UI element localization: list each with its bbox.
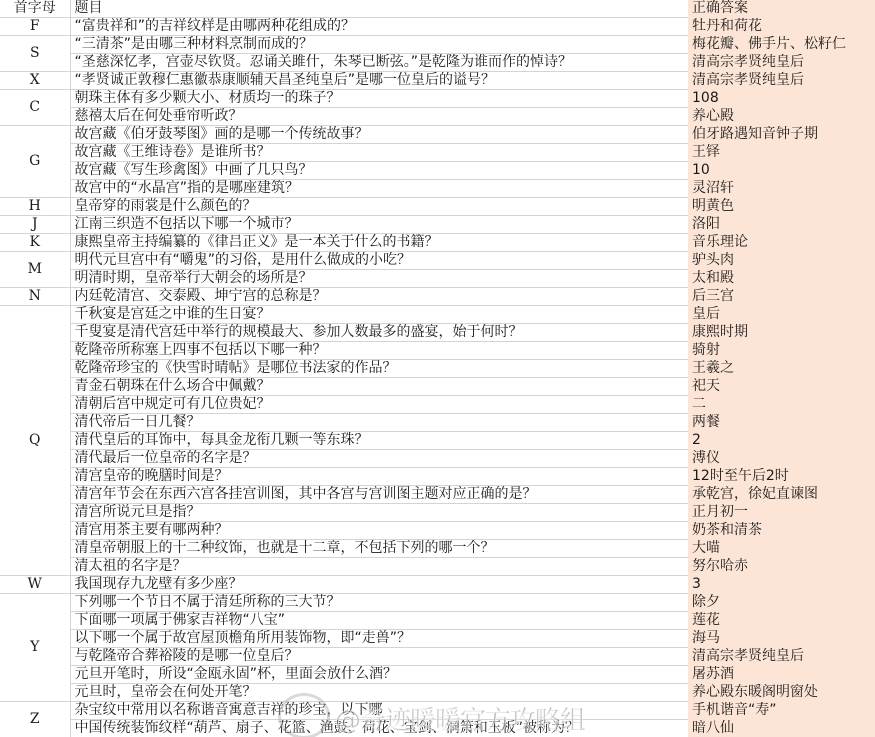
question-cell[interactable]: 千秋宴是宫廷之中谁的生日宴？ bbox=[70, 306, 688, 324]
question-cell[interactable]: 与乾隆帝合葬裕陵的是哪一位皇后？ bbox=[70, 648, 688, 666]
header-answer[interactable]: 正确答案 bbox=[688, 0, 875, 18]
table-row: 元旦时，皇帝会在何处开笔？养心殿东暖阁明窗处 bbox=[0, 684, 875, 702]
table-row: 故宫藏《写生珍禽图》中画了几只鸟？10 bbox=[0, 162, 875, 180]
answer-cell[interactable]: 108 bbox=[688, 90, 875, 108]
question-cell[interactable]: 下面哪一项属于佛家吉祥物“八宝” bbox=[70, 612, 688, 630]
question-cell[interactable]: 清宫所说元旦是指？ bbox=[70, 504, 688, 522]
answer-cell[interactable]: 皇后 bbox=[688, 306, 875, 324]
question-cell[interactable]: 以下哪一个属于故宫屋顶檐角所用装饰物，即“走兽”？ bbox=[70, 630, 688, 648]
question-cell[interactable]: 故宫藏《伯牙鼓琴图》画的是哪一个传统故事？ bbox=[70, 126, 688, 144]
answer-cell[interactable]: 养心殿 bbox=[688, 108, 875, 126]
initial-letter-cell[interactable]: G bbox=[0, 126, 70, 198]
table-row: Q千秋宴是宫廷之中谁的生日宴？皇后 bbox=[0, 306, 875, 324]
table-row: F“富贵祥和”的吉祥纹样是由哪两种花组成的？牡丹和荷花 bbox=[0, 18, 875, 36]
initial-letter-cell[interactable]: F bbox=[0, 18, 70, 36]
question-cell[interactable]: 朝珠主体有多少颗大小、材质均一的珠子？ bbox=[70, 90, 688, 108]
table-row: H皇帝穿的雨裳是什么颜色的？明黄色 bbox=[0, 198, 875, 216]
initial-letter-cell[interactable]: Y bbox=[0, 594, 70, 702]
question-cell[interactable]: 明清时期，皇帝举行大朝会的场所是？ bbox=[70, 270, 688, 288]
question-cell[interactable]: 慈禧太后在何处垂帘听政？ bbox=[70, 108, 688, 126]
sheet-body: 首字母 题目 正确答案 F“富贵祥和”的吉祥纹样是由哪两种花组成的？牡丹和荷花S… bbox=[0, 0, 875, 737]
table-row: 清太祖的名字是？努尔哈赤 bbox=[0, 558, 875, 576]
question-cell[interactable]: 清宫年节会在东西六宫各挂宫训图，其中各宫与宫训图主题对应正确的是？ bbox=[70, 486, 688, 504]
answer-cell[interactable]: 灵沼轩 bbox=[688, 180, 875, 198]
question-cell[interactable]: 明代元旦宫中有“嚼鬼”的习俗，是用什么做成的小吃？ bbox=[70, 252, 688, 270]
answer-cell[interactable]: 二 bbox=[688, 396, 875, 414]
table-row: 清朝后宫中规定可有几位贵妃？二 bbox=[0, 396, 875, 414]
table-row: X“孝贤诚正敦穆仁惠徽恭康顺辅天昌圣纯皇后”是哪一位皇后的谥号？清高宗孝贤纯皇后 bbox=[0, 72, 875, 90]
question-cell[interactable]: 清皇帝朝服上的十二种纹饰，也就是十二章，不包括下列的哪一个？ bbox=[70, 540, 688, 558]
table-row: 清宫所说元旦是指？正月初一 bbox=[0, 504, 875, 522]
question-cell[interactable]: 乾隆帝珍宝的《快雪时晴帖》是哪位书法家的作品？ bbox=[70, 360, 688, 378]
initial-letter-cell[interactable]: H bbox=[0, 198, 70, 216]
initial-letter-cell[interactable]: M bbox=[0, 252, 70, 288]
answer-cell[interactable]: 祀天 bbox=[688, 378, 875, 396]
table-row: S“三清茶”是由哪三种材料烹制而成的？梅花瓣、佛手片、松籽仁 bbox=[0, 36, 875, 54]
initial-letter-cell[interactable]: S bbox=[0, 36, 70, 72]
question-cell[interactable]: 千叟宴是清代宫廷中举行的规模最大、参加人数最多的盛宴，始于何时？ bbox=[70, 324, 688, 342]
answer-cell[interactable]: 牡丹和荷花 bbox=[688, 18, 875, 36]
answer-cell[interactable]: 太和殿 bbox=[688, 270, 875, 288]
answer-cell[interactable]: 清高宗孝贤纯皇后 bbox=[688, 72, 875, 90]
question-cell[interactable]: 元旦开笔时，所设“金瓯永固”杯，里面会放什么酒？ bbox=[70, 666, 688, 684]
table-row: 以下哪一个属于故宫屋顶檐角所用装饰物，即“走兽”？海马 bbox=[0, 630, 875, 648]
question-cell[interactable]: 江南三织造不包括以下哪一个城市？ bbox=[70, 216, 688, 234]
header-question[interactable]: 题目 bbox=[70, 0, 688, 18]
answer-cell[interactable]: 音乐理论 bbox=[688, 234, 875, 252]
answer-cell[interactable]: 明黄色 bbox=[688, 198, 875, 216]
question-cell[interactable]: 内廷乾清宫、交泰殿、坤宁宫的总称是？ bbox=[70, 288, 688, 306]
table-row: 故宫中的“水晶宫”指的是哪座建筑？灵沼轩 bbox=[0, 180, 875, 198]
table-row: 与乾隆帝合葬裕陵的是哪一位皇后？清高宗孝贤纯皇后 bbox=[0, 648, 875, 666]
answer-cell[interactable]: 清高宗孝贤纯皇后 bbox=[688, 648, 875, 666]
initial-letter-cell[interactable]: J bbox=[0, 216, 70, 234]
question-cell[interactable]: 乾隆帝所称塞上四事不包括以下哪一种？ bbox=[70, 342, 688, 360]
header-row: 首字母 题目 正确答案 bbox=[0, 0, 875, 18]
question-cell[interactable]: “三清茶”是由哪三种材料烹制而成的？ bbox=[70, 36, 688, 54]
initial-letter-cell[interactable]: K bbox=[0, 234, 70, 252]
table-row: C朝珠主体有多少颗大小、材质均一的珠子？108 bbox=[0, 90, 875, 108]
question-cell[interactable]: “富贵祥和”的吉祥纹样是由哪两种花组成的？ bbox=[70, 18, 688, 36]
question-cell[interactable]: 中国传统装饰纹样“葫芦、扇子、花篮、渔鼓、荷花、宝剑、洞箫和玉板”被称为？ bbox=[70, 720, 688, 737]
initial-letter-cell[interactable]: Z bbox=[0, 702, 70, 737]
answer-cell[interactable]: 手机谐音“寿” bbox=[688, 702, 875, 720]
question-cell[interactable]: 清代帝后一日几餐？ bbox=[70, 414, 688, 432]
initial-letter-cell[interactable]: N bbox=[0, 288, 70, 306]
answer-cell[interactable]: 溥仪 bbox=[688, 450, 875, 468]
answer-cell[interactable]: 12时至午后2时 bbox=[688, 468, 875, 486]
table-row: “圣慈深忆孝，宫壶尽钦贤。忍诵关雎什，朱琴已断弦。”是乾隆为谁而作的悼诗？清高宗… bbox=[0, 54, 875, 72]
answer-cell[interactable]: 正月初一 bbox=[688, 504, 875, 522]
answer-cell[interactable]: 梅花瓣、佛手片、松籽仁 bbox=[688, 36, 875, 54]
table-row: 青金石朝珠在什么场合中佩戴？祀天 bbox=[0, 378, 875, 396]
quiz-answer-sheet: 首字母 题目 正确答案 F“富贵祥和”的吉祥纹样是由哪两种花组成的？牡丹和荷花S… bbox=[0, 0, 875, 737]
answer-cell[interactable]: 驴头肉 bbox=[688, 252, 875, 270]
table-row: G故宫藏《伯牙鼓琴图》画的是哪一个传统故事？伯牙路遇知音钟子期 bbox=[0, 126, 875, 144]
question-cell[interactable]: 元旦时，皇帝会在何处开笔？ bbox=[70, 684, 688, 702]
answer-cell[interactable]: 骑射 bbox=[688, 342, 875, 360]
answer-cell[interactable]: 王铎 bbox=[688, 144, 875, 162]
question-cell[interactable]: “圣慈深忆孝，宫壶尽钦贤。忍诵关雎什，朱琴已断弦。”是乾隆为谁而作的悼诗？ bbox=[70, 54, 688, 72]
answer-cell[interactable]: 暗八仙 bbox=[688, 720, 875, 737]
answer-cell[interactable]: 洛阳 bbox=[688, 216, 875, 234]
question-cell[interactable]: 清宫皇帝的晚膳时间是？ bbox=[70, 468, 688, 486]
table-row: K康熙皇帝主持编纂的《律吕正义》是一本关于什么的书籍？音乐理论 bbox=[0, 234, 875, 252]
table-row: 清代最后一位皇帝的名字是？溥仪 bbox=[0, 450, 875, 468]
table-row: 故宫藏《王维诗卷》是谁所书？王铎 bbox=[0, 144, 875, 162]
table-row: 清皇帝朝服上的十二种纹饰，也就是十二章，不包括下列的哪一个？大喵 bbox=[0, 540, 875, 558]
question-cell[interactable]: 青金石朝珠在什么场合中佩戴？ bbox=[70, 378, 688, 396]
table-row: J江南三织造不包括以下哪一个城市？洛阳 bbox=[0, 216, 875, 234]
table-row: 乾隆帝所称塞上四事不包括以下哪一种？骑射 bbox=[0, 342, 875, 360]
answer-cell[interactable]: 3 bbox=[688, 576, 875, 594]
question-cell[interactable]: 康熙皇帝主持编纂的《律吕正义》是一本关于什么的书籍？ bbox=[70, 234, 688, 252]
table-row: 清宫年节会在东西六宫各挂宫训图，其中各宫与宫训图主题对应正确的是？承乾宫，徐妃直… bbox=[0, 486, 875, 504]
question-cell[interactable]: 我国现存九龙壁有多少座？ bbox=[70, 576, 688, 594]
answer-cell[interactable]: 清高宗孝贤纯皇后 bbox=[688, 54, 875, 72]
table-row: W我国现存九龙壁有多少座？3 bbox=[0, 576, 875, 594]
header-letter[interactable]: 首字母 bbox=[0, 0, 70, 18]
table-row: 千叟宴是清代宫廷中举行的规模最大、参加人数最多的盛宴，始于何时？康熙时期 bbox=[0, 324, 875, 342]
question-cell[interactable]: 故宫藏《王维诗卷》是谁所书？ bbox=[70, 144, 688, 162]
answer-cell[interactable]: 2 bbox=[688, 432, 875, 450]
answer-cell[interactable]: 承乾宫，徐妃直谏图 bbox=[688, 486, 875, 504]
table-row: 清代皇后的耳饰中，每具金龙衔几颗一等东珠？2 bbox=[0, 432, 875, 450]
answer-cell[interactable]: 养心殿东暖阁明窗处 bbox=[688, 684, 875, 702]
table-row: M明代元旦宫中有“嚼鬼”的习俗，是用什么做成的小吃？驴头肉 bbox=[0, 252, 875, 270]
table-row: 慈禧太后在何处垂帘听政？养心殿 bbox=[0, 108, 875, 126]
table-row: Y下列哪一个节日不属于清廷所称的三大节？除夕 bbox=[0, 594, 875, 612]
table-row: 下面哪一项属于佛家吉祥物“八宝”莲花 bbox=[0, 612, 875, 630]
answer-cell[interactable]: 莲花 bbox=[688, 612, 875, 630]
table-row: 中国传统装饰纹样“葫芦、扇子、花篮、渔鼓、荷花、宝剑、洞箫和玉板”被称为？暗八仙 bbox=[0, 720, 875, 737]
table-row: 明清时期，皇帝举行大朝会的场所是？太和殿 bbox=[0, 270, 875, 288]
question-cell[interactable]: 皇帝穿的雨裳是什么颜色的？ bbox=[70, 198, 688, 216]
table-row: N内廷乾清宫、交泰殿、坤宁宫的总称是？后三宫 bbox=[0, 288, 875, 306]
table-row: 清代帝后一日几餐？两餐 bbox=[0, 414, 875, 432]
question-cell[interactable]: 故宫中的“水晶宫”指的是哪座建筑？ bbox=[70, 180, 688, 198]
table-row: Z杂宝纹中常用以名称谐音寓意吉祥的珍宝，以下哪手机谐音“寿” bbox=[0, 702, 875, 720]
answer-cell[interactable]: 努尔哈赤 bbox=[688, 558, 875, 576]
answer-cell[interactable]: 伯牙路遇知音钟子期 bbox=[688, 126, 875, 144]
table-row: 清宫用茶主要有哪两种？奶茶和清茶 bbox=[0, 522, 875, 540]
answer-cell[interactable]: 海马 bbox=[688, 630, 875, 648]
initial-letter-cell[interactable]: Q bbox=[0, 306, 70, 576]
initial-letter-cell[interactable]: C bbox=[0, 90, 70, 126]
question-cell[interactable]: 故宫藏《写生珍禽图》中画了几只鸟？ bbox=[70, 162, 688, 180]
answer-cell[interactable]: 两餐 bbox=[688, 414, 875, 432]
table-row: 元旦开笔时，所设“金瓯永固”杯，里面会放什么酒？屠苏酒 bbox=[0, 666, 875, 684]
answer-cell[interactable]: 奶茶和清茶 bbox=[688, 522, 875, 540]
answer-cell[interactable]: 10 bbox=[688, 162, 875, 180]
initial-letter-cell[interactable]: W bbox=[0, 576, 70, 594]
question-cell[interactable]: 清代皇后的耳饰中，每具金龙衔几颗一等东珠？ bbox=[70, 432, 688, 450]
answer-cell[interactable]: 王羲之 bbox=[688, 360, 875, 378]
answer-cell[interactable]: 后三宫 bbox=[688, 288, 875, 306]
question-cell[interactable]: 清代最后一位皇帝的名字是？ bbox=[70, 450, 688, 468]
question-cell[interactable]: “孝贤诚正敦穆仁惠徽恭康顺辅天昌圣纯皇后”是哪一位皇后的谥号？ bbox=[70, 72, 688, 90]
question-cell[interactable]: 杂宝纹中常用以名称谐音寓意吉祥的珍宝，以下哪 bbox=[70, 702, 688, 720]
question-cell[interactable]: 清太祖的名字是？ bbox=[70, 558, 688, 576]
question-cell[interactable]: 清朝后宫中规定可有几位贵妃？ bbox=[70, 396, 688, 414]
table-row: 清宫皇帝的晚膳时间是？12时至午后2时 bbox=[0, 468, 875, 486]
question-cell[interactable]: 下列哪一个节日不属于清廷所称的三大节？ bbox=[70, 594, 688, 612]
initial-letter-cell[interactable]: X bbox=[0, 72, 70, 90]
answer-cell[interactable]: 除夕 bbox=[688, 594, 875, 612]
answer-cell[interactable]: 屠苏酒 bbox=[688, 666, 875, 684]
answer-cell[interactable]: 大喵 bbox=[688, 540, 875, 558]
table-row: 乾隆帝珍宝的《快雪时晴帖》是哪位书法家的作品？王羲之 bbox=[0, 360, 875, 378]
question-cell[interactable]: 清宫用茶主要有哪两种？ bbox=[70, 522, 688, 540]
answer-cell[interactable]: 康熙时期 bbox=[688, 324, 875, 342]
